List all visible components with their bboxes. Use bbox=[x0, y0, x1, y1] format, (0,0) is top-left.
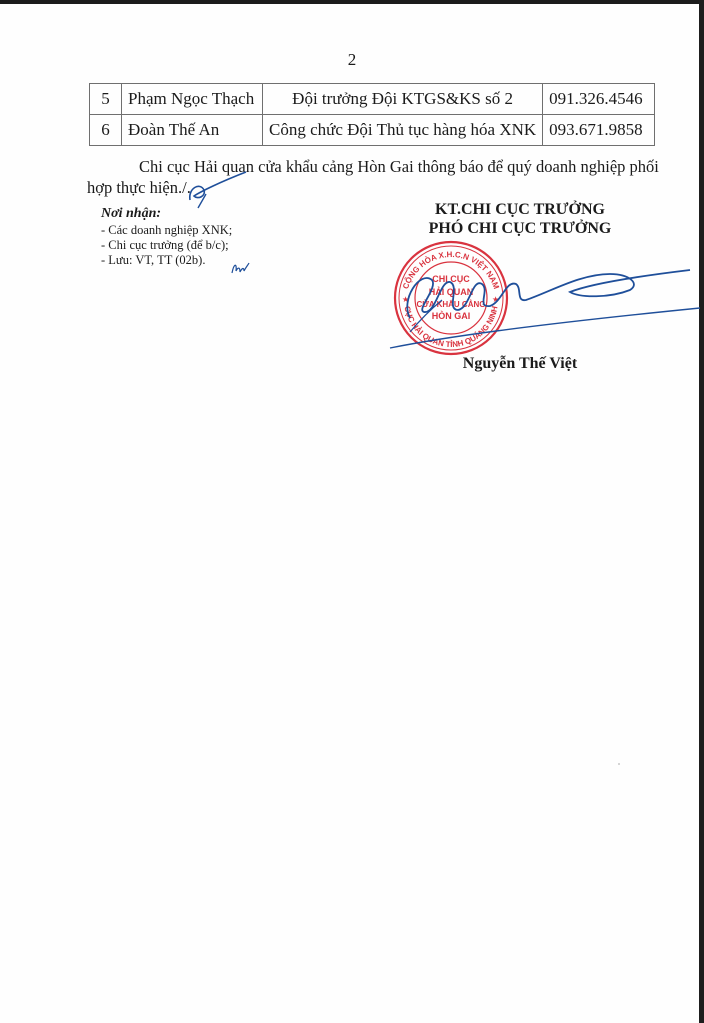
cell-name: Phạm Ngọc Thạch bbox=[122, 84, 263, 115]
handwritten-initial-icon bbox=[230, 261, 250, 277]
signature-title-line-2: PHÓ CHI CỤC TRƯỞNG bbox=[395, 219, 645, 238]
recipient-item: - Chi cục trưởng (để b/c); bbox=[101, 238, 232, 253]
recipient-item: - Lưu: VT, TT (02b). bbox=[101, 253, 232, 268]
signature-title-line-1: KT.CHI CỤC TRƯỞNG bbox=[395, 200, 645, 219]
closing-paragraph: Chi cục Hải quan cửa khẩu cảng Hòn Gai t… bbox=[87, 156, 667, 198]
cell-role: Đội trưởng Đội KTGS&KS số 2 bbox=[263, 84, 543, 115]
handwritten-signature-icon bbox=[380, 240, 700, 355]
screen-right-edge bbox=[699, 0, 704, 1023]
table-row: 5 Phạm Ngọc Thạch Đội trưởng Đội KTGS&KS… bbox=[90, 84, 655, 115]
screen-top-edge bbox=[0, 0, 704, 4]
cell-phone: 091.326.4546 bbox=[543, 84, 655, 115]
recipient-item: - Các doanh nghiệp XNK; bbox=[101, 223, 232, 238]
signer-name: Nguyễn Thế Việt bbox=[395, 355, 645, 373]
contacts-table: 5 Phạm Ngọc Thạch Đội trưởng Đội KTGS&KS… bbox=[89, 83, 655, 146]
table-row: 6 Đoàn Thế An Công chức Đội Thủ tục hàng… bbox=[90, 115, 655, 146]
recipients-heading: Nơi nhận: bbox=[101, 206, 232, 221]
cell-name: Đoàn Thế An bbox=[122, 115, 263, 146]
scan-speck bbox=[618, 763, 620, 765]
signature-title-block: KT.CHI CỤC TRƯỞNG PHÓ CHI CỤC TRƯỞNG bbox=[395, 200, 645, 238]
closing-line-2: hợp thực hiện./. bbox=[87, 177, 667, 198]
recipients-list: Nơi nhận: - Các doanh nghiệp XNK; - Chi … bbox=[101, 206, 232, 268]
page-number: 2 bbox=[0, 50, 704, 70]
cell-phone: 093.671.9858 bbox=[543, 115, 655, 146]
cell-no: 5 bbox=[90, 84, 122, 115]
cell-no: 6 bbox=[90, 115, 122, 146]
cell-role: Công chức Đội Thủ tục hàng hóa XNK bbox=[263, 115, 543, 146]
initial-mark-icon bbox=[180, 170, 250, 210]
